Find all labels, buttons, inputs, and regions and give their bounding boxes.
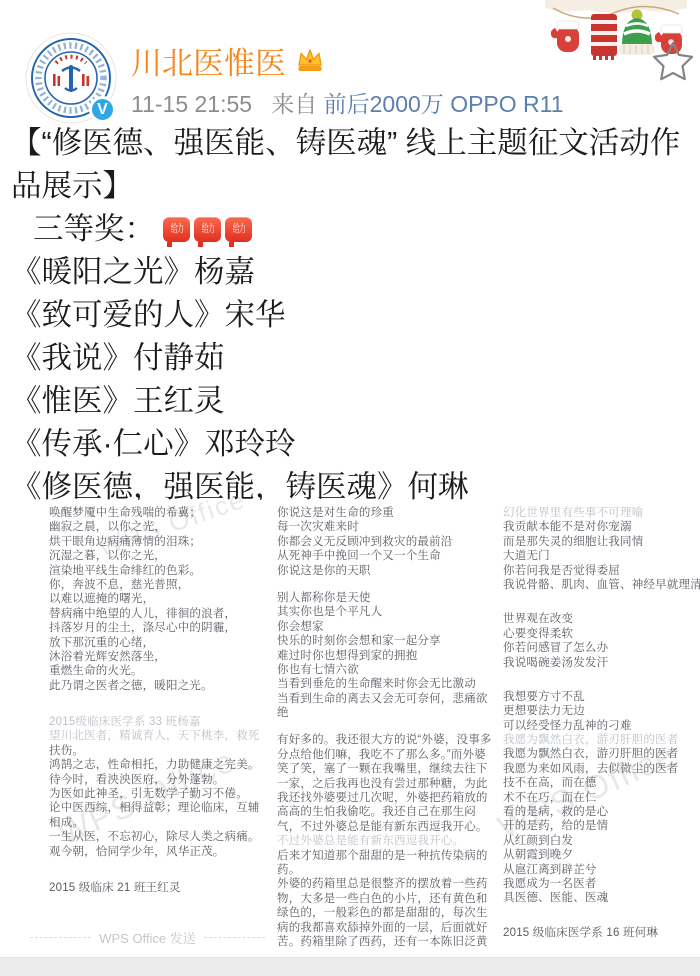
award-line: 三等奖： 给力给力给力 xyxy=(11,208,695,251)
poem-line: 绿色的，一般彩色的都是甜甜的，每次生 xyxy=(277,906,502,920)
poem-line: 为医如此神圣，引无数学子勤习不倦。 xyxy=(49,787,274,801)
post-text: 【“修医德、强医能、铸医魂” 线上主题征文活动作品展示】 三等奖： 给力给力给力… xyxy=(11,122,695,509)
poem-line: 我愿为飘然白衣，游刃肝胆的医者 xyxy=(503,733,699,747)
poem-line: 以难以遮掩的曙光， xyxy=(49,592,274,606)
attached-image[interactable]: WPS Office WPS Office WPS Office 唤醒梦魇中生命… xyxy=(0,500,700,957)
poem-line: 心要变得柔软 xyxy=(503,627,699,641)
poem-line: 鸿鹄之志，性命相托，力助健康之完美。 xyxy=(49,758,274,772)
poem-line: 重燃生命的火光。 xyxy=(49,664,274,678)
poem-line: 一家，之后我再也没有尝过那种糖，为此 xyxy=(277,777,502,791)
poem-line: 更想要法力无边 xyxy=(503,704,699,718)
poem-line: 唤醒梦魇中生命残喘的希冀； xyxy=(49,506,274,520)
poem-line: 我还找外婆要过几次呢，外婆把药箱放的 xyxy=(277,791,502,805)
poem-line xyxy=(49,859,274,881)
poem-line: 高高的生怕我偷吃。我还自己在那生闷 xyxy=(277,805,502,819)
poem-line: 看的是病，救的是心 xyxy=(503,805,699,819)
poem-line: 你会想家 xyxy=(277,620,502,634)
poem-line: 2015级临床医学系 33 班杨嘉 xyxy=(49,715,274,729)
award-entry: 《暖阳之光》杨嘉 xyxy=(11,251,695,294)
poem-line: 相成。 xyxy=(49,816,274,830)
poem-line: 待今时，看泱泱医府，分外蓬勃。 xyxy=(49,773,274,787)
poem-line: 我想要方寸不乱 xyxy=(503,690,699,704)
poem-line xyxy=(277,720,502,733)
award-entry: 《惟医》王红灵 xyxy=(11,380,695,423)
poem-line: 分点给他们嘛，我吃不了那么多。”而外婆 xyxy=(277,748,502,762)
poem-column-1: 唤醒梦魇中生命残喘的希冀；幽寂之晨，以你之光，烘干眼角边病痛薄情的泪珠；沉湿之暮… xyxy=(49,506,274,895)
poem-line: 2015 级临床 21 班王红灵 xyxy=(49,881,274,895)
poem-line: 当看到垂危的生命醒来时你会无比激动 xyxy=(277,677,502,691)
source-prefix: 来自 xyxy=(271,91,317,117)
award-entry: 《我说》付静茹 xyxy=(11,337,695,380)
poem-line: 你也有七情六欲 xyxy=(277,663,502,677)
poem-line: 我愿为来如风雨，去似微尘的医者 xyxy=(503,762,699,776)
poem-line: 从朝霞到晚夕 xyxy=(503,848,699,862)
poem-line: 你说这是对生命的珍重 xyxy=(277,506,502,520)
post-title: 【“修医德、强医能、铸医魂” 线上主题征文活动作品展示】 xyxy=(11,122,695,208)
poem-line: 我说骨骼、肌肉、血管、神经早就理清 xyxy=(503,578,699,592)
vip-crown-icon xyxy=(295,47,325,73)
poem-line: 沐浴着光辉安然落坐， xyxy=(49,650,274,664)
geili-emoji: 给力 xyxy=(225,217,252,242)
poem-line: 放下那沉重的心绪， xyxy=(49,636,274,650)
poem-line xyxy=(277,578,502,591)
poem-line: 具医德、医能、医魂 xyxy=(503,891,699,905)
poem-line: 幽寂之晨，以你之光， xyxy=(49,520,274,534)
poem-line: 笑了笑，塞了一颗在我嘴里，继续去往下 xyxy=(277,762,502,776)
timestamp: 11-15 21:55 xyxy=(131,91,252,117)
poem-line: 渲染地平线生命绯红的色彩。 xyxy=(49,564,274,578)
poem-line: 你都会义无反顾冲到救灾的最前沿 xyxy=(277,535,502,549)
poem-line: 病的我都喜欢舔掉外面的一层，后面就好 xyxy=(277,921,502,935)
poem-line: 你，奔波不息，慈光普照， xyxy=(49,578,274,592)
poem-line: 2015 级临床医学系 16 班何琳 xyxy=(503,926,699,940)
poem-column-2: 你说这是对生命的珍重每一次灾难来时你都会义无反顾冲到救灾的最前沿从死神手中挽回一… xyxy=(277,506,502,949)
poem-line: 不过外婆总是能有新东西逗我开心。 xyxy=(277,834,502,848)
poem-line: 难过时你也想得到家的拥抱 xyxy=(277,649,502,663)
poem-column-3: 幻化世界里有些事不可理喻我贡献本能不是对你宠溺而是那失灵的细胞让我同情大道无门你… xyxy=(503,506,699,940)
poem-line: 物，大多是一些白色的小片，还有黄色和 xyxy=(277,892,502,906)
wps-footer-watermark: WPS Office 发送 xyxy=(30,928,265,947)
poem-line: 苦。药箱里除了西药，还有一本陈旧泛黄 xyxy=(277,935,502,949)
post-meta: 11-15 21:55 来自 前后2000万 OPPO R11 xyxy=(131,86,564,119)
poem-line: 当看到生命的离去又会无可奈何，悲痛欲 xyxy=(277,692,502,706)
dashed-line xyxy=(30,937,91,938)
poem-line: 你若问感冒了怎么办 xyxy=(503,641,699,655)
poem-line: 你若问我是否觉得委屈 xyxy=(503,564,699,578)
poem-line: 外婆的药箱里总是很整齐的摆放着一些药 xyxy=(277,877,502,891)
poem-line: 其实你也是个平凡人 xyxy=(277,605,502,619)
poem-line: 快乐的时刻你会想和家一起分享 xyxy=(277,634,502,648)
poem-line: 我愿为飘然白衣，游刃肝胆的医者 xyxy=(503,747,699,761)
poem-line: 扶伤。 xyxy=(49,744,274,758)
poem-line: 绝 xyxy=(277,706,502,720)
avatar[interactable]: V xyxy=(25,32,117,124)
bottom-bar xyxy=(0,957,700,976)
poem-line: 后来才知道那个甜甜的是一种抗传染病的 xyxy=(277,849,502,863)
poem-line: 我愿成为一名医者 xyxy=(503,877,699,891)
poem-line: 替病痛中绝望的人儿，徘徊的浪者， xyxy=(49,607,274,621)
poem-line: 我贡献本能不是对你宠溺 xyxy=(503,520,699,534)
poem-line xyxy=(503,592,699,612)
award-entries: 《暖阳之光》杨嘉《致可爱的人》宋华《我说》付静茹《惟医》王红灵《传承·仁心》邓玲… xyxy=(11,251,695,509)
poem-line xyxy=(503,670,699,690)
poem-line: 每一次灾难来时 xyxy=(277,520,502,534)
username-link[interactable]: 川北医惟医 xyxy=(131,38,286,83)
scarf-icon xyxy=(591,14,617,60)
poem-line: 望川北医者，精诚育人，天下桃李，救死 xyxy=(49,729,274,743)
poem-line xyxy=(49,693,274,715)
award-entry: 《传承·仁心》邓玲玲 xyxy=(11,423,695,466)
poem-line: 气，不过外婆总是能有新东西逗我开心。 xyxy=(277,820,502,834)
poem-line: 从扈江离到辟芷兮 xyxy=(503,863,699,877)
poem-line: 从红颜到白发 xyxy=(503,834,699,848)
poem-line: 技不在高，而在德 xyxy=(503,776,699,790)
poem-line: 可以经受怪力乱神的刁难 xyxy=(503,719,699,733)
poem-line xyxy=(503,906,699,926)
geili-emoji: 给力 xyxy=(194,217,221,242)
poem-line: 一生从医，不忘初心，除尽人类之病痛。 xyxy=(49,830,274,844)
poem-line: 幻化世界里有些事不可理喻 xyxy=(503,506,699,520)
poem-line: 药。 xyxy=(277,863,502,877)
favorite-star-icon[interactable] xyxy=(650,38,696,84)
poem-line: 论中医西综，相得益彰；理论临床，互辅 xyxy=(49,801,274,815)
award-label: 三等奖： xyxy=(33,208,155,251)
verified-badge-icon: V xyxy=(89,96,116,123)
poem-line: 从死神手中挽回一个又一个生命 xyxy=(277,549,502,563)
poem-line: 世界观在改变 xyxy=(503,612,699,626)
poem-line: 沉湿之暮，以你之光， xyxy=(49,549,274,563)
award-entry: 《致可爱的人》宋华 xyxy=(11,294,695,337)
poem-line: 大道无门 xyxy=(503,549,699,563)
geili-emoji: 给力 xyxy=(163,217,190,242)
poem-line: 而是那失灵的细胞让我同情 xyxy=(503,535,699,549)
poem-line: 开的是药，给的是情 xyxy=(503,819,699,833)
poem-line: 你说这是你的天职 xyxy=(277,564,502,578)
poem-line: 抖落岁月的尘土，涤尽心中的阴霾， xyxy=(49,621,274,635)
poem-line: 观今朝，恰同学少年，风华正茂。 xyxy=(49,845,274,859)
mitten-icon xyxy=(551,21,579,52)
poem-line: 此乃谓之医者之德，暖阳之光。 xyxy=(49,679,274,693)
source-device-link[interactable]: 前后2000万 OPPO R11 xyxy=(324,91,564,117)
poem-line: 术不在巧，而在仁 xyxy=(503,791,699,805)
poem-line: 别人都称你是天使 xyxy=(277,591,502,605)
poem-line: 我说喝碗姜汤发发汗 xyxy=(503,656,699,670)
geili-emoji-row: 给力给力给力 xyxy=(163,217,252,242)
poem-line: 有好多的。我还很大方的说“外婆，没事多 xyxy=(277,733,502,747)
poem-line: 烘干眼角边病痛薄情的泪珠； xyxy=(49,535,274,549)
dashed-line xyxy=(204,937,265,938)
